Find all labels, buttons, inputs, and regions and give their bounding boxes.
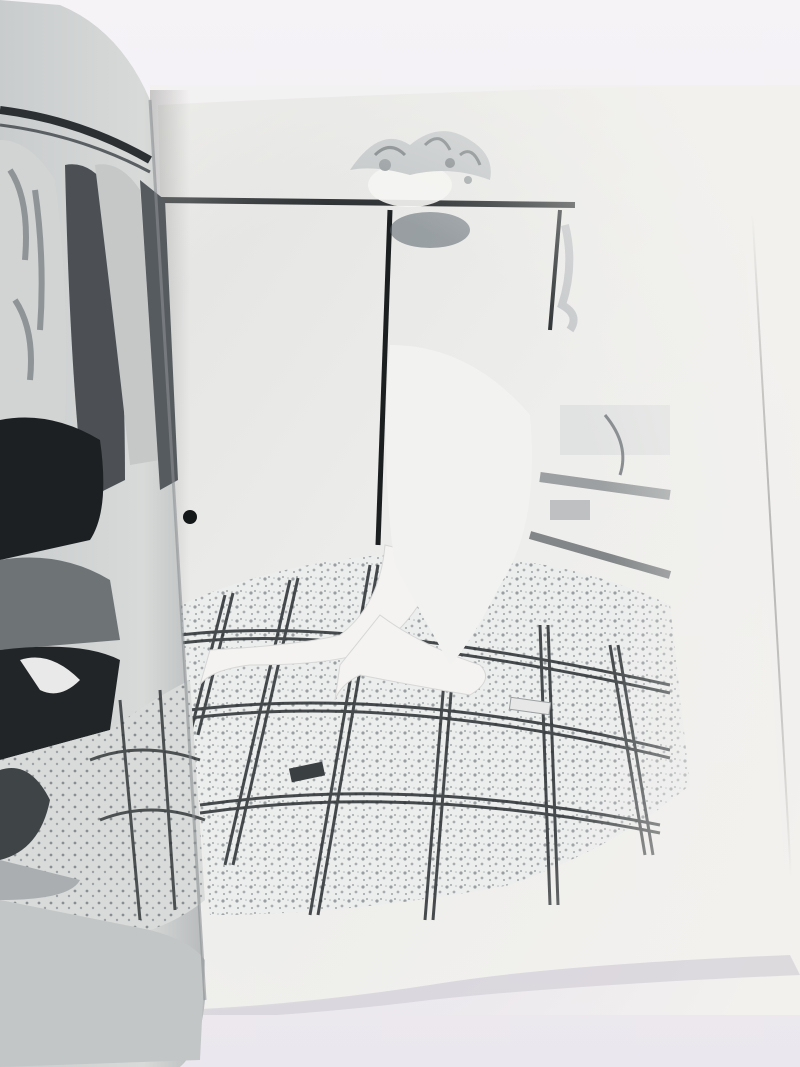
right-book-page	[150, 85, 800, 1015]
clothes-rack-photo	[0, 0, 230, 1067]
bedroom-photo	[150, 85, 800, 1015]
left-book-page	[0, 0, 230, 1067]
photo-scene	[0, 0, 800, 1067]
